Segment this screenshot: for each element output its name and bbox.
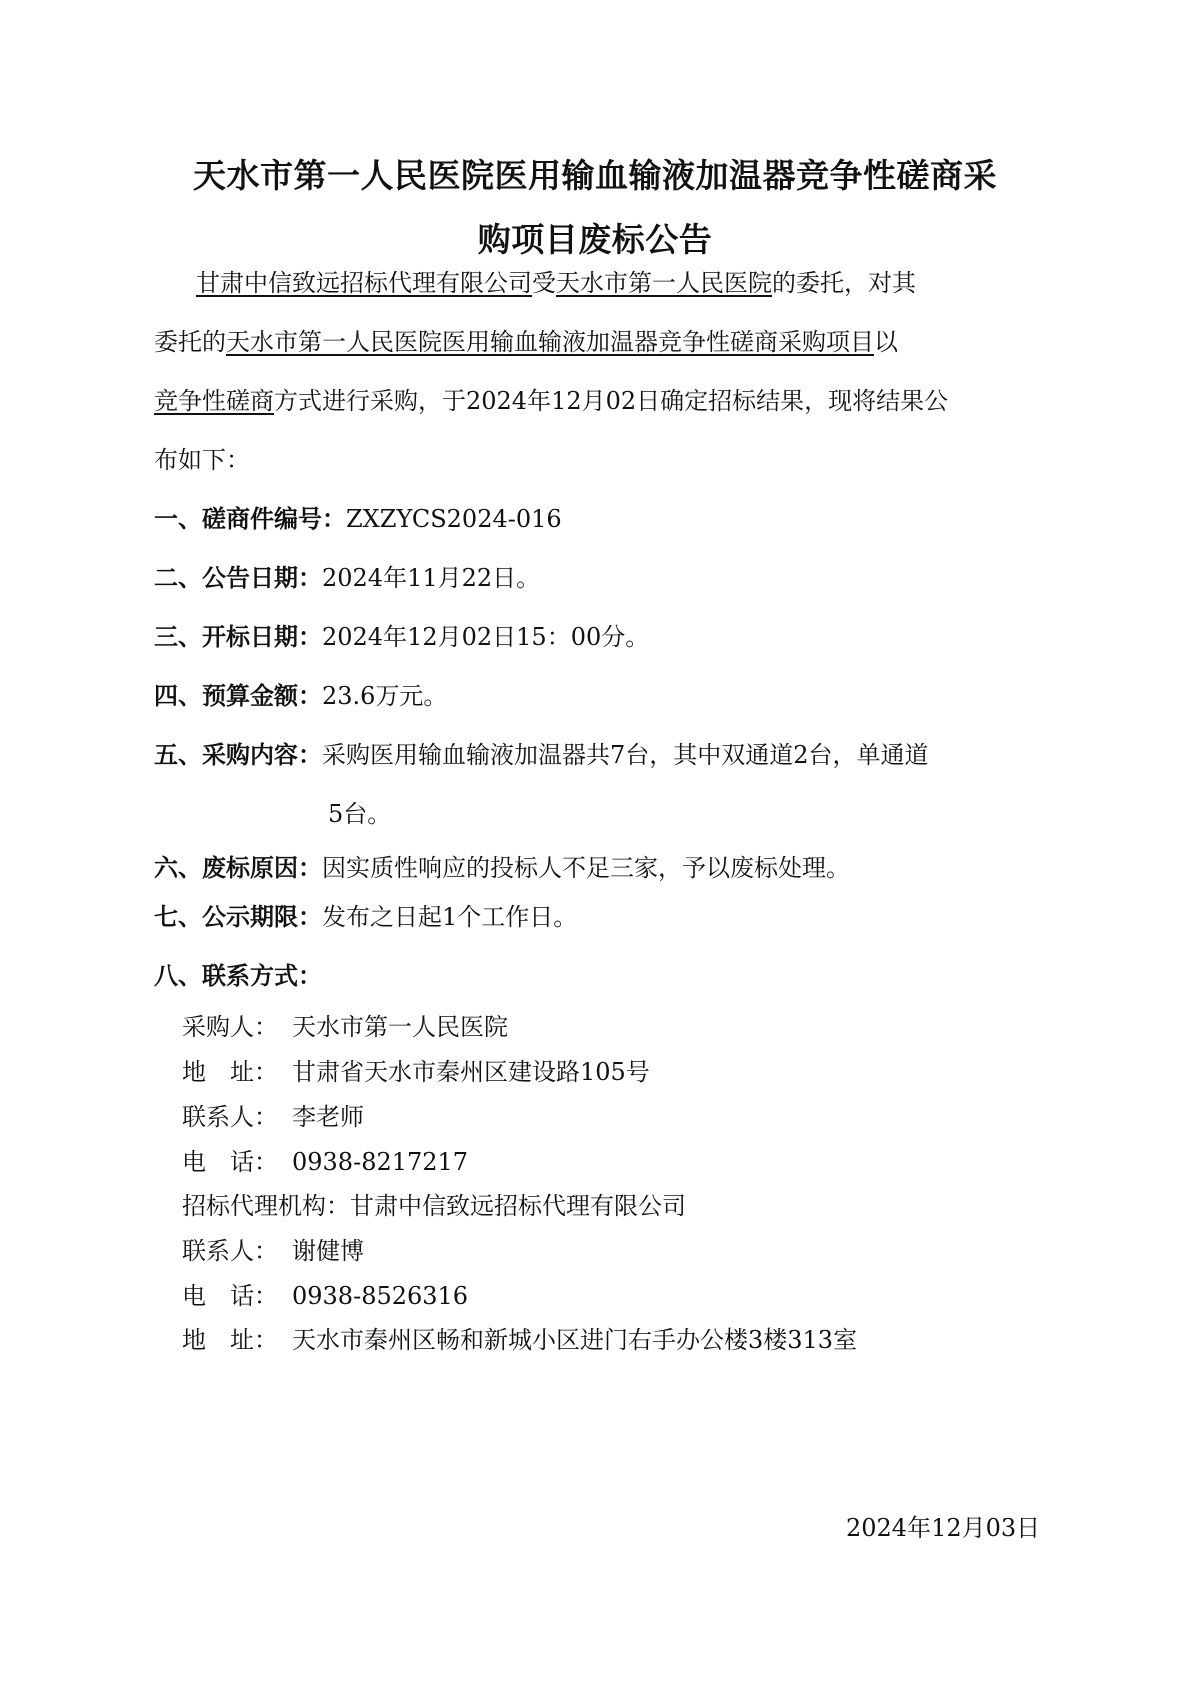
intro-text: 方式进行采购，于2024年12月02日确定招标结果，现将结果公	[274, 387, 948, 415]
intro-line-1: 甘肃中信致远招标代理有限公司受天水市第一人民医院的委托，对其	[196, 268, 916, 298]
item-procurement-content-cont: 5台。	[328, 799, 391, 829]
contact-value: 甘肃中信致远招标代理有限公司	[350, 1192, 686, 1220]
document-title-line-2: 购项目废标公告	[150, 214, 1040, 261]
contact-label: 电 话：	[182, 1281, 292, 1311]
item-value: 2024年12月02日15：00分。	[322, 623, 649, 651]
item-label: 五、采购内容：	[154, 741, 322, 769]
item-value: 因实质性响应的投标人不足三家，予以废标处理。	[322, 854, 850, 882]
item-label: 一、磋商件编号：	[154, 505, 346, 533]
project-name: 天水市第一人民医院医用输血输液加温器竞争性磋商采购项目	[226, 328, 874, 356]
item-publicity-period: 七、公示期限：发布之日起1个工作日。	[154, 902, 577, 932]
item-budget: 四、预算金额：23.6万元。	[154, 681, 447, 711]
contact-agency: 招标代理机构：甘肃中信致远招标代理有限公司	[182, 1191, 686, 1221]
contact-label: 招标代理机构：	[182, 1191, 350, 1221]
intro-text: 以	[874, 328, 898, 356]
item-label: 四、预算金额：	[154, 682, 322, 710]
item-label: 六、废标原因：	[154, 854, 322, 882]
item-label: 八、联系方式：	[154, 962, 322, 990]
item-label: 七、公示期限：	[154, 903, 322, 931]
contact-label: 电 话：	[182, 1147, 292, 1177]
item-cancel-reason: 六、废标原因：因实质性响应的投标人不足三家，予以废标处理。	[154, 853, 850, 883]
contact-agency-person: 联系人：谢健博	[182, 1236, 364, 1266]
item-negotiation-number: 一、磋商件编号：ZXZYCS2024-016	[154, 504, 562, 534]
contact-label: 地 址：	[182, 1057, 292, 1087]
intro-text: 受	[532, 269, 556, 297]
intro-line-3: 竞争性磋商方式进行采购，于2024年12月02日确定招标结果，现将结果公	[154, 386, 948, 416]
item-value: ZXZYCS2024-016	[346, 505, 562, 533]
contact-purchaser-address: 地 址：甘肃省天水市秦州区建设路105号	[182, 1057, 650, 1087]
intro-text: 委托的	[154, 328, 226, 356]
document-page: 天水市第一人民医院医用输血输液加温器竞争性磋商采 购项目废标公告 甘肃中信致远招…	[0, 0, 1191, 1684]
item-opening-date: 三、开标日期：2024年12月02日15：00分。	[154, 622, 649, 652]
intro-text: 的委托，对其	[772, 269, 916, 297]
intro-line-2: 委托的天水市第一人民医院医用输血输液加温器竞争性磋商采购项目以	[154, 327, 898, 357]
item-contact-info: 八、联系方式：	[154, 961, 322, 991]
item-value: 发布之日起1个工作日。	[322, 903, 577, 931]
document-title-line-1: 天水市第一人民医院医用输血输液加温器竞争性磋商采	[150, 150, 1040, 197]
contact-label: 采购人：	[182, 1012, 292, 1042]
item-procurement-content: 五、采购内容：采购医用输血输液加温器共7台，其中双通道2台，单通道	[154, 740, 929, 770]
client-name: 天水市第一人民医院	[556, 269, 772, 297]
agency-name: 甘肃中信致远招标代理有限公司	[196, 269, 532, 297]
contact-value: 谢健博	[292, 1237, 364, 1265]
contact-label: 联系人：	[182, 1236, 292, 1266]
contact-agency-address: 地 址：天水市秦州区畅和新城小区进门右手办公楼3楼313室	[182, 1325, 857, 1355]
contact-purchaser-person: 联系人：李老师	[182, 1102, 364, 1132]
contact-value: 0938-8526316	[292, 1282, 468, 1310]
contact-purchaser: 采购人：天水市第一人民医院	[182, 1012, 508, 1042]
intro-line-4: 布如下：	[154, 445, 250, 475]
procurement-method: 竞争性磋商	[154, 387, 274, 415]
item-label: 三、开标日期：	[154, 623, 322, 651]
footer-date: 2024年12月03日	[846, 1508, 1040, 1543]
item-announcement-date: 二、公告日期：2024年11月22日。	[154, 563, 540, 593]
contact-value: 李老师	[292, 1103, 364, 1131]
contact-value: 天水市第一人民医院	[292, 1013, 508, 1041]
contact-value: 天水市秦州区畅和新城小区进门右手办公楼3楼313室	[292, 1326, 857, 1354]
item-label: 二、公告日期：	[154, 564, 322, 592]
item-value: 2024年11月22日。	[322, 564, 540, 592]
contact-purchaser-phone: 电 话：0938-8217217	[182, 1147, 468, 1177]
item-value: 5台。	[328, 800, 391, 828]
contact-label: 地 址：	[182, 1325, 292, 1355]
item-value: 采购医用输血输液加温器共7台，其中双通道2台，单通道	[322, 741, 929, 769]
contact-value: 0938-8217217	[292, 1148, 468, 1176]
contact-agency-phone: 电 话：0938-8526316	[182, 1281, 468, 1311]
contact-label: 联系人：	[182, 1102, 292, 1132]
contact-value: 甘肃省天水市秦州区建设路105号	[292, 1058, 650, 1086]
item-value: 23.6万元。	[322, 682, 447, 710]
intro-text: 布如下：	[154, 446, 250, 474]
